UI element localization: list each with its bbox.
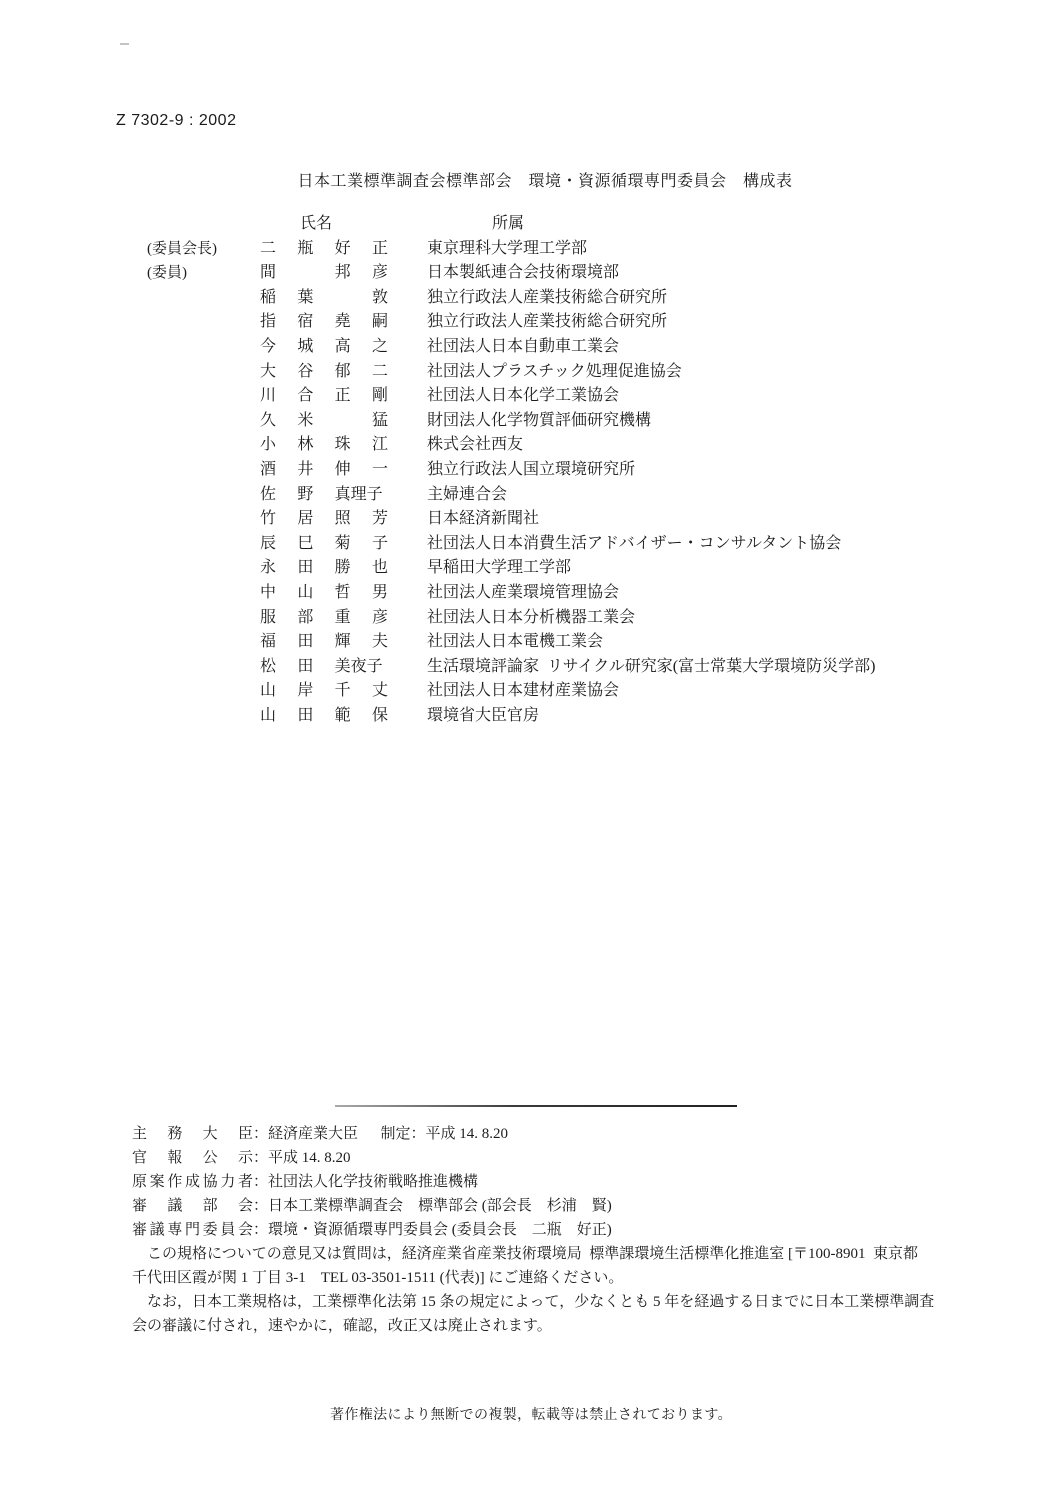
member-name: 竹 居 照 芳 [260, 507, 427, 532]
member-role [147, 581, 260, 606]
colophon-entries: 主務大臣：経済産業大臣 制定：平成 14. 8.20 官報公示：平成 14. 8… [132, 1122, 934, 1242]
committee-member-row: 大 谷 郁 二 社団法人プラスチック処理促進協会 [147, 360, 875, 385]
member-role: (委員会長) [147, 237, 260, 262]
member-rows: (委員会長) 二 瓶 好 正 東京理科大学理工学部 (委員) 間 邦 彦 日本製… [147, 237, 875, 729]
member-name: 大 谷 郁 二 [260, 360, 427, 385]
colophon-entry-colon: ： [253, 1174, 268, 1190]
colophon-entry: 審議専門委員会：環境・資源循環専門委員会 (委員会長 二瓶 好正) [132, 1218, 934, 1242]
colophon-entry-label: 官報公示 [132, 1146, 253, 1170]
member-affiliation: 社団法人日本消費生活アドバイザー・コンサルタント協会 [427, 532, 841, 557]
committee-member-row: 服 部 重 彦 社団法人日本分析機器工業会 [147, 606, 875, 631]
colophon-entry-colon: ： [253, 1126, 268, 1142]
member-name: 永 田 勝 也 [260, 556, 427, 581]
member-name: 服 部 重 彦 [260, 606, 427, 631]
colophon-entry-colon: ： [253, 1150, 268, 1166]
committee-member-row: 今 城 高 之 社団法人日本自動車工業会 [147, 335, 875, 360]
member-affiliation: 社団法人日本自動車工業会 [427, 335, 619, 360]
colophon-entry-value: 社団法人化学技術戦略推進機構 [268, 1174, 478, 1190]
committee-member-row: 山 田 範 保 環境省大臣官房 [147, 704, 875, 729]
committee-member-row: 久 米 猛 財団法人化学物質評価研究機構 [147, 409, 875, 434]
colophon-entry: 主務大臣：経済産業大臣 制定：平成 14. 8.20 [132, 1122, 934, 1146]
colophon-paragraph-line: 千代田区霞が関 1 丁目 3-1 TEL 03-3501-1511 (代表)] … [132, 1266, 934, 1290]
member-role [147, 655, 260, 680]
standard-number: Z 7302-9 : 2002 [116, 112, 236, 130]
colophon-entry: 審議部会：日本工業標準調査会 標準部会 (部会長 杉浦 賢) [132, 1194, 934, 1218]
member-role [147, 360, 260, 385]
member-name: 稲 葉 敦 [260, 286, 427, 311]
colophon-entry-label: 審議専門委員会 [132, 1218, 253, 1242]
member-name: 久 米 猛 [260, 409, 427, 434]
colophon-entry-colon: ： [253, 1198, 268, 1214]
member-name: 酒 井 伸 一 [260, 458, 427, 483]
separator-line [335, 1105, 737, 1107]
committee-member-row: 松 田 美夜子 生活環境評論家 リサイクル研究家(富士常葉大学環境防災学部) [147, 655, 875, 680]
member-role [147, 532, 260, 557]
member-affiliation: 社団法人産業環境管理協会 [427, 581, 619, 606]
member-affiliation: 早稲田大学理工学部 [427, 556, 571, 581]
member-role [147, 335, 260, 360]
member-affiliation: 環境省大臣官房 [427, 704, 539, 729]
member-affiliation: 社団法人日本電機工業会 [427, 630, 603, 655]
affiliation-column-header: 所属 [427, 212, 524, 237]
member-name: 川 合 正 剛 [260, 384, 427, 409]
member-affiliation: 生活環境評論家 リサイクル研究家(富士常葉大学環境防災学部) [427, 655, 875, 680]
committee-member-row: 稲 葉 敦 独立行政法人産業技術総合研究所 [147, 286, 875, 311]
member-affiliation: 株式会社西友 [427, 433, 523, 458]
member-role [147, 433, 260, 458]
colophon-entry: 原案作成協力者：社団法人化学技術戦略推進機構 [132, 1170, 934, 1194]
colophon-entry-value: 平成 14. 8.20 [268, 1150, 351, 1166]
member-role [147, 556, 260, 581]
member-role [147, 458, 260, 483]
member-affiliation: 財団法人化学物質評価研究機構 [427, 409, 651, 434]
committee-member-row: 福 田 輝 夫 社団法人日本電機工業会 [147, 630, 875, 655]
member-role [147, 286, 260, 311]
scan-artifact [120, 43, 129, 45]
colophon-paragraph-line: 会の審議に付され，速やかに，確認，改正又は廃止されます。 [132, 1314, 934, 1338]
colophon-entry-colon: ： [253, 1222, 268, 1238]
member-name: 佐 野 真理子 [260, 483, 427, 508]
member-name: 山 岸 千 丈 [260, 679, 427, 704]
copyright-notice: 著作権法により無断での複製，転載等は禁止されております。 [0, 1404, 1058, 1424]
member-role [147, 679, 260, 704]
member-name: 山 田 範 保 [260, 704, 427, 729]
colophon-entry-label: 主務大臣 [132, 1122, 253, 1146]
colophon-paragraph-line: なお，日本工業規格は，工業標準化法第 15 条の規定によって，少なくとも 5 年… [132, 1290, 934, 1314]
committee-member-row: 小 林 珠 江 株式会社西友 [147, 433, 875, 458]
member-affiliation: 主婦連合会 [427, 483, 507, 508]
member-affiliation: 東京理科大学理工学部 [427, 237, 587, 262]
member-role [147, 507, 260, 532]
committee-member-row: 酒 井 伸 一 独立行政法人国立環境研究所 [147, 458, 875, 483]
committee-member-row: 辰 巳 菊 子 社団法人日本消費生活アドバイザー・コンサルタント協会 [147, 532, 875, 557]
member-role [147, 606, 260, 631]
colophon: 主務大臣：経済産業大臣 制定：平成 14. 8.20 官報公示：平成 14. 8… [132, 1122, 934, 1338]
table-header-row: 氏名 所属 [147, 212, 875, 237]
member-name: 福 田 輝 夫 [260, 630, 427, 655]
member-role [147, 384, 260, 409]
member-name: 辰 巳 菊 子 [260, 532, 427, 557]
member-affiliation: 社団法人日本建材産業協会 [427, 679, 619, 704]
member-name: 間 邦 彦 [260, 261, 427, 286]
colophon-entry-value: 環境・資源循環専門委員会 (委員会長 二瓶 好正) [268, 1222, 612, 1238]
member-role [147, 704, 260, 729]
member-role [147, 630, 260, 655]
member-name: 今 城 高 之 [260, 335, 427, 360]
member-affiliation: 社団法人日本化学工業協会 [427, 384, 619, 409]
member-affiliation: 社団法人日本分析機器工業会 [427, 606, 635, 631]
member-name: 松 田 美夜子 [260, 655, 427, 680]
colophon-entry-label: 審議部会 [132, 1194, 253, 1218]
member-role [147, 310, 260, 335]
colophon-entry-label: 原案作成協力者 [132, 1170, 253, 1194]
member-affiliation: 独立行政法人国立環境研究所 [427, 458, 635, 483]
committee-member-row: 中 山 哲 男 社団法人産業環境管理協会 [147, 581, 875, 606]
member-affiliation: 独立行政法人産業技術総合研究所 [427, 310, 667, 335]
committee-member-row: (委員会長) 二 瓶 好 正 東京理科大学理工学部 [147, 237, 875, 262]
colophon-paragraphs: この規格についての意見又は質問は，経済産業省産業技術環境局 標準課環境生活標準化… [132, 1242, 934, 1338]
member-affiliation: 社団法人プラスチック処理促進協会 [427, 360, 682, 385]
member-role: (委員) [147, 261, 260, 286]
committee-member-row: 竹 居 照 芳 日本経済新聞社 [147, 507, 875, 532]
member-role [147, 409, 260, 434]
committee-table: 氏名 所属 (委員会長) 二 瓶 好 正 東京理科大学理工学部 (委員) 間 邦… [147, 212, 875, 728]
member-name: 中 山 哲 男 [260, 581, 427, 606]
colophon-paragraph-line: この規格についての意見又は質問は，経済産業省産業技術環境局 標準課環境生活標準化… [132, 1242, 934, 1266]
member-affiliation: 日本製紙連合会技術環境部 [427, 261, 619, 286]
colophon-entry-value: 日本工業標準調査会 標準部会 (部会長 杉浦 賢) [268, 1198, 612, 1214]
committee-member-row: 永 田 勝 也 早稲田大学理工学部 [147, 556, 875, 581]
member-affiliation: 独立行政法人産業技術総合研究所 [427, 286, 667, 311]
document-page: Z 7302-9 : 2002 日本工業標準調査会標準部会 環境・資源循環専門委… [0, 0, 1058, 1497]
member-name: 小 林 珠 江 [260, 433, 427, 458]
member-name: 二 瓶 好 正 [260, 237, 427, 262]
member-role [147, 483, 260, 508]
member-affiliation: 日本経済新聞社 [427, 507, 539, 532]
member-name: 指 宿 堯 嗣 [260, 310, 427, 335]
committee-member-row: 指 宿 堯 嗣 独立行政法人産業技術総合研究所 [147, 310, 875, 335]
committee-table-title: 日本工業標準調査会標準部会 環境・資源循環専門委員会 構成表 [0, 168, 1058, 191]
committee-member-row: 佐 野 真理子 主婦連合会 [147, 483, 875, 508]
colophon-entry-value: 経済産業大臣 制定：平成 14. 8.20 [268, 1126, 508, 1142]
committee-member-row: 山 岸 千 丈 社団法人日本建材産業協会 [147, 679, 875, 704]
name-column-header: 氏名 [260, 212, 427, 237]
committee-member-row: 川 合 正 剛 社団法人日本化学工業協会 [147, 384, 875, 409]
committee-member-row: (委員) 間 邦 彦 日本製紙連合会技術環境部 [147, 261, 875, 286]
colophon-entry: 官報公示：平成 14. 8.20 [132, 1146, 934, 1170]
header-spacer [147, 212, 260, 237]
